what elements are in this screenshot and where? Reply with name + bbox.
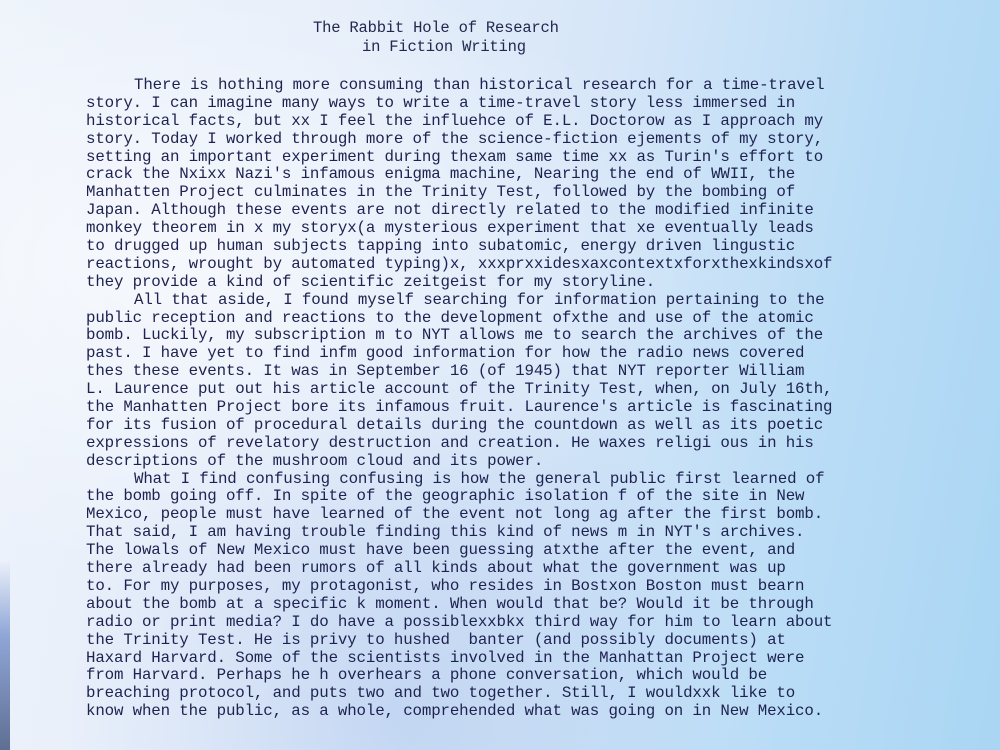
- text-line: Mexico, people must have learned of the …: [86, 506, 832, 524]
- text-line: monkey theorem in x my storyx(a mysterio…: [86, 220, 832, 238]
- text-line: from Harvard. Perhaps he h overhears a p…: [86, 667, 832, 685]
- text-line: to drugged up human subjects tapping int…: [86, 238, 832, 256]
- title-line: The Rabbit Hole of Research: [313, 19, 559, 38]
- text-line: public reception and reactions to the de…: [86, 310, 832, 328]
- text-line: The lowals of New Mexico must have been …: [86, 542, 832, 560]
- text-line: about the bomb at a specific k moment. W…: [86, 596, 832, 614]
- text-line: There is hothing more consuming than his…: [86, 77, 832, 95]
- text-line: there already had been rumors of all kin…: [86, 560, 832, 578]
- text-line: reactions, wrought by automated typing)x…: [86, 256, 832, 274]
- text-line: story. I can imagine many ways to write …: [86, 95, 832, 113]
- text-line: for its fusion of procedural details dur…: [86, 417, 832, 435]
- text-line: setting an important experiment during t…: [86, 149, 832, 167]
- text-line: That said, I am having trouble finding t…: [86, 524, 832, 542]
- text-line: breaching protocol, and puts two and two…: [86, 685, 832, 703]
- text-line: Haxard Harvard. Some of the scientists i…: [86, 650, 832, 668]
- text-line: bomb. Luckily, my subscription m to NYT …: [86, 327, 832, 345]
- text-line: What I find confusing confusing is how t…: [86, 471, 832, 489]
- text-line: crack the Nxixx Nazi's infamous enigma m…: [86, 166, 832, 184]
- paragraph: There is hothing more consuming than his…: [86, 77, 832, 292]
- document-title: The Rabbit Hole of Research in Fiction W…: [313, 19, 559, 57]
- text-line: expressions of revelatory destruction an…: [86, 435, 832, 453]
- paragraph: All that aside, I found myself searching…: [86, 292, 832, 471]
- text-line: they provide a kind of scientific zeitge…: [86, 274, 832, 292]
- text-line: descriptions of the mushroom cloud and i…: [86, 453, 832, 471]
- text-line: the Trinity Test. He is privy to hushed …: [86, 632, 832, 650]
- document-body: There is hothing more consuming than his…: [86, 77, 832, 721]
- text-line: historical facts, but xx I feel the infl…: [86, 113, 832, 131]
- text-line: L. Laurence put out his article account …: [86, 381, 832, 399]
- text-line: past. I have yet to find infm good infor…: [86, 345, 832, 363]
- text-line: the Manhatten Project bore its infamous …: [86, 399, 832, 417]
- text-line: Japan. Although these events are not dir…: [86, 202, 832, 220]
- text-line: thes these events. It was in September 1…: [86, 363, 832, 381]
- text-line: to. For my purposes, my protagonist, who…: [86, 578, 832, 596]
- paragraph: What I find confusing confusing is how t…: [86, 471, 832, 721]
- text-line: story. Today I worked through more of th…: [86, 131, 832, 149]
- text-line: the bomb going off. In spite of the geog…: [86, 488, 832, 506]
- typewritten-page: The Rabbit Hole of Research in Fiction W…: [0, 0, 1000, 750]
- text-line: radio or print media? I do have a possib…: [86, 614, 832, 632]
- subtitle-line: in Fiction Writing: [313, 38, 559, 57]
- text-line: Manhatten Project culminates in the Trin…: [86, 184, 832, 202]
- text-line: know when the public, as a whole, compre…: [86, 703, 832, 721]
- text-line: All that aside, I found myself searching…: [86, 292, 832, 310]
